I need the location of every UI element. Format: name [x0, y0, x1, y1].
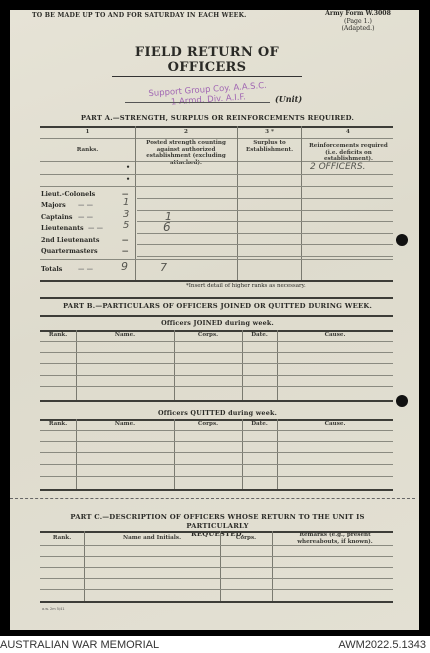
col-divider	[84, 531, 85, 601]
leader-dash: — —	[78, 265, 93, 273]
partc-col-name: Name and Initials.	[84, 535, 220, 542]
unit-underline	[125, 102, 270, 103]
joined-col-rank: Rank.	[40, 332, 76, 339]
leader-dash: — —	[88, 224, 103, 232]
instruction-text: TO BE MADE UP TO AND FOR SATURDAY IN EAC…	[32, 12, 247, 19]
posted-count: 5	[123, 220, 129, 231]
partc-col-rank: Rank.	[40, 535, 84, 542]
rule	[40, 430, 393, 431]
form-page: (Page 1.)	[318, 18, 398, 26]
leader-dash: — —	[78, 201, 93, 209]
rule	[40, 341, 393, 342]
rule	[40, 400, 393, 402]
form-number-block: Army Form W.3008 (Page 1.) (Adapted.)	[318, 10, 398, 33]
rank-lieutenants: Lieutenants	[41, 224, 84, 232]
rule	[40, 601, 393, 603]
rule	[40, 589, 393, 590]
totals-strength: 7	[160, 261, 167, 274]
page-title: FIELD RETURN OF OFFICERS	[112, 45, 302, 77]
col-num-2: 2	[135, 129, 237, 136]
col-num-3: 3 *	[237, 129, 302, 136]
part-a-bottom-rule	[40, 280, 393, 282]
rank-quartermasters: Quartermasters	[41, 247, 98, 255]
institution-credit: AUSTRALIAN WAR MEMORIAL	[0, 639, 159, 651]
quitted-col-date: Date.	[242, 421, 277, 428]
rank-captains: Captains	[41, 213, 72, 221]
joined-col-corps: Corps.	[174, 332, 242, 339]
rule	[40, 363, 393, 364]
rule	[137, 256, 393, 257]
totals-posted: 9	[121, 260, 128, 273]
tear-line	[10, 498, 415, 499]
joined-title: Officers JOINED during week.	[40, 319, 395, 327]
col-header-surplus: Surplus to Establishment.	[240, 140, 299, 153]
unit-label: (Unit)	[275, 94, 302, 104]
rule	[40, 386, 393, 387]
rule	[40, 441, 393, 442]
part-b-title: PART B.—PARTICULARS OF OFFICERS JOINED O…	[40, 302, 395, 310]
rule	[137, 221, 393, 222]
col-header-ranks: Ranks.	[40, 147, 135, 154]
totals-label: Totals	[41, 265, 62, 273]
posted-count: 1	[123, 197, 129, 208]
rule	[40, 352, 393, 353]
rank-lieut-colonels: Lieut.-Colonels	[41, 190, 95, 198]
col-divider	[272, 531, 273, 601]
col-num-4: 4	[302, 129, 394, 136]
col-header-reinforcements: Reinforcements required (i.e. deficits o…	[305, 143, 392, 163]
rule	[40, 578, 393, 579]
rule	[40, 464, 393, 465]
rule	[40, 186, 393, 187]
rule	[40, 452, 393, 453]
rank-2nd-lieutenants: 2nd Lieutenants	[41, 236, 99, 244]
quitted-col-rank: Rank.	[40, 421, 76, 428]
joined-col-name: Name.	[76, 332, 174, 339]
rule	[137, 198, 393, 199]
rule	[40, 567, 393, 568]
col-num-1: 1	[40, 129, 135, 136]
rule	[40, 545, 393, 546]
posted-count: 3	[123, 209, 129, 220]
rule	[40, 375, 393, 376]
rule	[40, 489, 393, 491]
rule	[40, 259, 393, 260]
rule	[40, 315, 393, 317]
joined-col-cause: Cause.	[277, 332, 393, 339]
rule	[137, 210, 393, 211]
posted-count: —	[122, 236, 128, 244]
col-divider	[220, 531, 221, 601]
leader-dash: — —	[78, 213, 93, 221]
part-a-top-rule	[40, 126, 393, 128]
quitted-col-cause: Cause.	[277, 421, 393, 428]
punch-hole	[396, 395, 408, 407]
row-dot: •	[126, 175, 130, 183]
rule	[137, 233, 393, 234]
form-note: (Adapted.)	[318, 25, 398, 33]
strength-value: 6	[163, 220, 171, 234]
rule	[40, 556, 393, 557]
quitted-col-name: Name.	[76, 421, 174, 428]
quitted-col-corps: Corps.	[174, 421, 242, 428]
form-print-code: a.w. 2m 5/41	[42, 607, 65, 611]
punch-hole	[396, 234, 408, 246]
row-dot: •	[126, 163, 130, 171]
quitted-title: Officers QUITTED during week.	[40, 409, 395, 417]
part-c-title-line1: PART C.—DESCRIPTION OF OFFICERS WHOSE RE…	[40, 513, 395, 530]
col-header-posted: Posted strength counting against authori…	[138, 140, 234, 166]
rule	[40, 476, 393, 477]
posted-count: —	[122, 247, 128, 255]
form-number: Army Form W.3008	[318, 10, 398, 18]
accession-number: AWM2022.5.1343	[338, 639, 426, 651]
part-a-title: PART A.—STRENGTH, SURPLUS OR REINFORCEME…	[40, 114, 395, 122]
partc-col-corps: Corps.	[220, 535, 272, 542]
rank-majors: Majors	[41, 201, 66, 209]
rule	[137, 244, 393, 245]
rule	[40, 297, 393, 299]
rule	[40, 138, 393, 139]
rule	[40, 174, 393, 175]
partc-col-remarks: Remarks (e.g., present whereabouts, if k…	[280, 532, 390, 545]
part-a-footnote: *Insert detail of higher ranks as necess…	[186, 283, 306, 289]
reinforcements-value: 2 OFFICERS.	[310, 162, 365, 172]
joined-col-date: Date.	[242, 332, 277, 339]
col-divider	[135, 126, 136, 280]
